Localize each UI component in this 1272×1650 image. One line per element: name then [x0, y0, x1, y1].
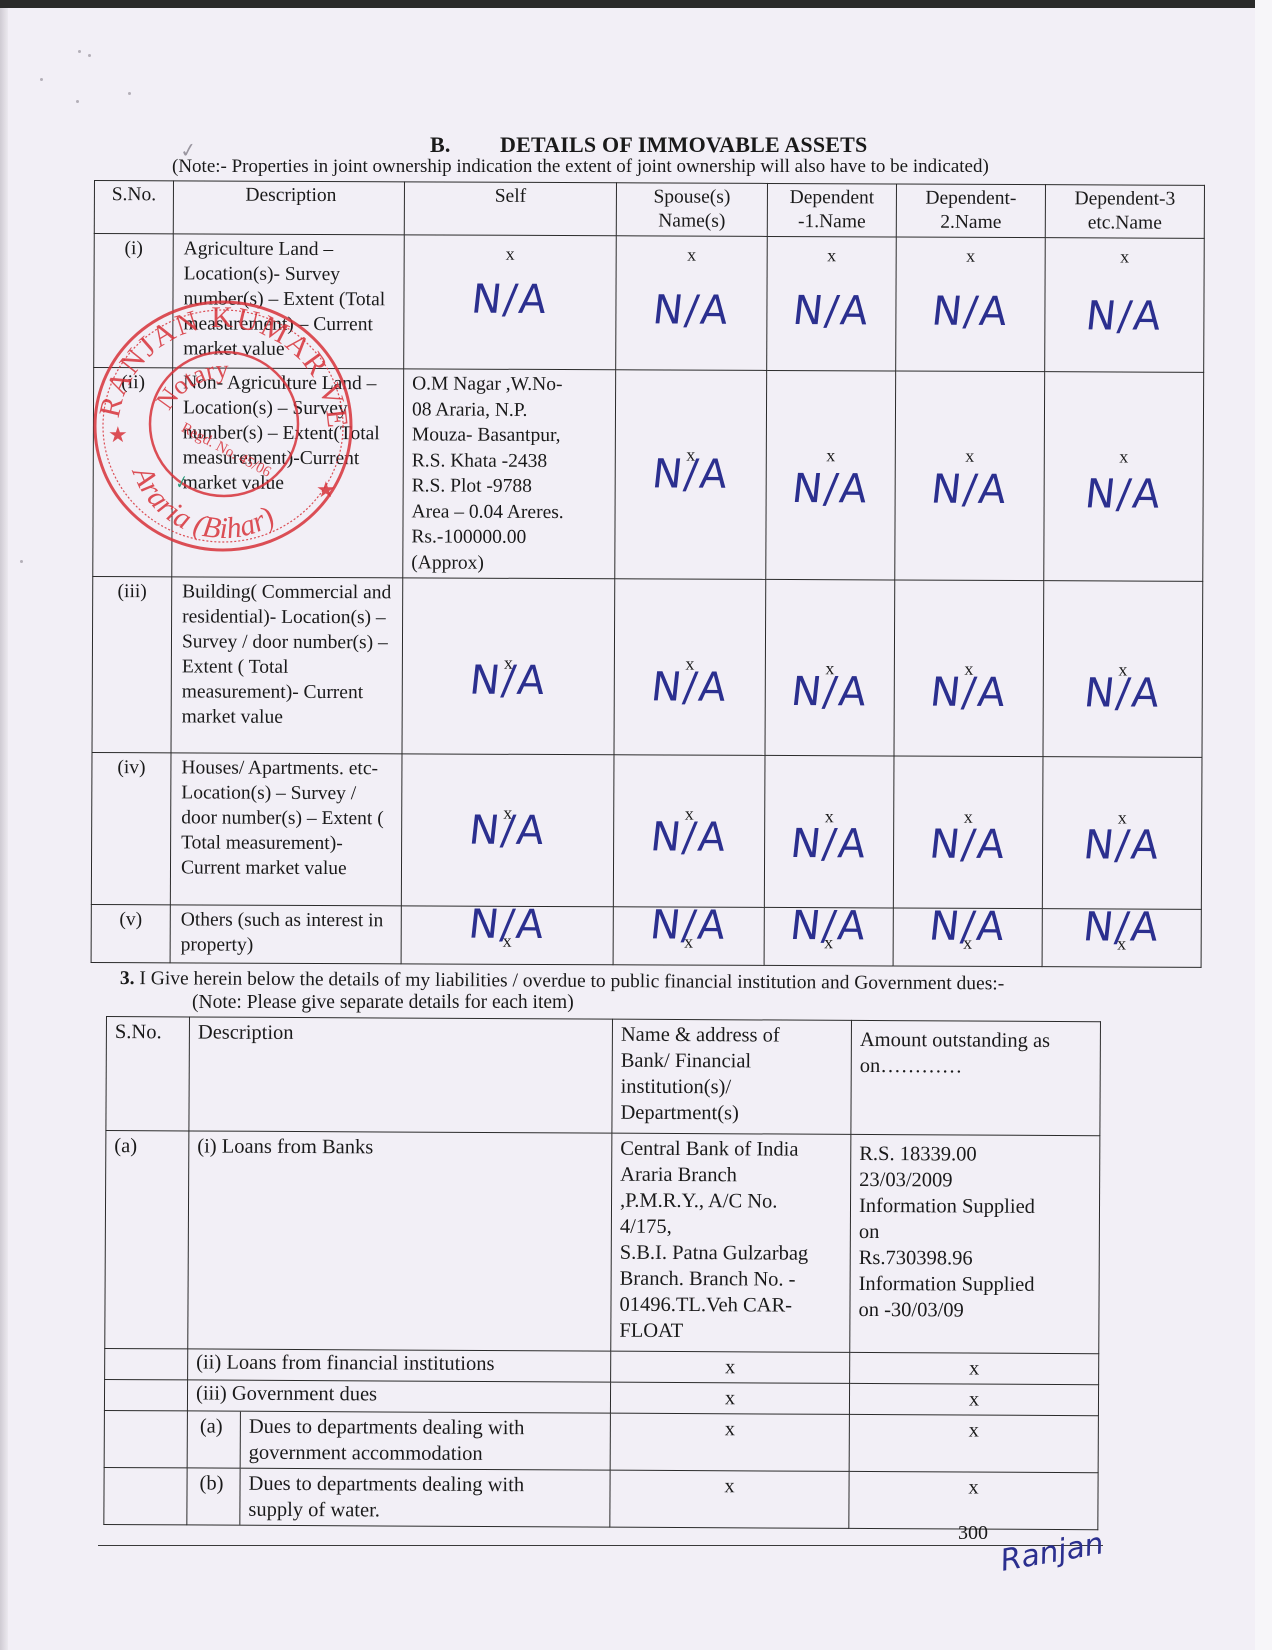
handwritten-na: N/A	[403, 287, 617, 313]
row-description: Houses/ Apartments. etc- Location(s) – S…	[170, 753, 402, 906]
dust-speck	[128, 92, 131, 95]
property-mouza: Mouza- Basantpur,	[412, 422, 607, 448]
cell-dependent-1: xN/A	[765, 579, 895, 756]
amount-date: 23/03/2009	[859, 1167, 1091, 1194]
bank-name: Central Bank of India	[620, 1136, 842, 1163]
handwritten-na: N/A	[401, 818, 615, 844]
sub-description: Dues to departments dealing with governm…	[241, 1412, 533, 1470]
cell-self: xN/A	[401, 906, 613, 965]
row-description: (ii) Loans from financial institutions	[188, 1349, 611, 1382]
row-sno	[104, 1467, 187, 1524]
handwritten-na: N/A	[401, 668, 615, 694]
scan-right-margin	[1255, 0, 1272, 1650]
x-mark: x	[897, 244, 1045, 270]
amount-note: Information Supplied	[859, 1271, 1091, 1298]
cell-dependent-3: xN/A	[1042, 909, 1201, 968]
row-description: Non- Agriculture Land – Location(s) – Su…	[172, 368, 404, 578]
header-dependent-2-line2: 2.Name	[940, 212, 1001, 233]
cell-dependent-3: xN/A	[1042, 757, 1202, 910]
table-row: (a) (i) Loans from Banks Central Bank of…	[105, 1131, 1100, 1354]
handwritten-na: N/A	[764, 832, 895, 858]
dust-speck	[40, 78, 43, 81]
scan-top-edge	[0, 0, 1272, 8]
bank-account: ,P.M.R.Y., A/C No.	[620, 1188, 842, 1215]
x-mark: x	[1045, 444, 1203, 470]
bank-loan-ref: 01496.TL.Veh CAR-	[619, 1292, 841, 1319]
row-description: (b) Dues to departments dealing with sup…	[187, 1468, 610, 1527]
header-bank-line: Name & address of	[621, 1022, 843, 1049]
sub-label: (b)	[187, 1468, 240, 1524]
cell-dependent-2: xN/A	[893, 908, 1042, 967]
cell-amount: x	[849, 1383, 1098, 1415]
handwritten-na: N/A	[766, 299, 897, 325]
header-description: Description	[173, 181, 404, 235]
handwritten-na: N/A	[1042, 833, 1203, 859]
table-row: (iv) Houses/ Apartments. etc- Location(s…	[91, 752, 1202, 909]
amount-note: Information Supplied	[859, 1193, 1091, 1220]
x-mark: x	[405, 241, 616, 267]
property-address-line: 08 Araria, N.P.	[412, 397, 607, 423]
table-row: (a) Dues to departments dealing with gov…	[104, 1410, 1098, 1472]
header-dependent-1-line2: -1.Name	[798, 211, 866, 232]
handwritten-na: N/A	[1043, 482, 1204, 508]
header-bank: Name & address of Bank/ Financial instit…	[612, 1019, 852, 1134]
header-spouse: Spouse(s)Name(s)	[616, 183, 767, 237]
amount-date: on -30/03/09	[858, 1297, 1090, 1324]
bank-name: S.B.I. Patna Gulzarbag	[620, 1240, 842, 1267]
cell-self: xN/A	[402, 578, 615, 755]
cell-bank: x	[610, 1413, 849, 1471]
dust-speck	[76, 100, 79, 103]
bank-loan-ref: FLOAT	[619, 1318, 841, 1345]
row-sno	[104, 1410, 187, 1467]
cell-dependent-1: xN/A	[764, 755, 894, 908]
x-mark: x	[767, 443, 895, 469]
cell-spouse: xN/A	[614, 579, 766, 756]
table-row: (b) Dues to departments dealing with sup…	[104, 1467, 1098, 1529]
liabilities-note: (Note: Please give separate details for …	[192, 992, 574, 1014]
handwritten-na: N/A	[613, 675, 766, 701]
header-bank-line: Department(s)	[620, 1100, 842, 1127]
row-description: (i) Loans from Banks	[188, 1131, 612, 1351]
handwritten-na: N/A	[893, 681, 1044, 707]
row-sno: (a)	[105, 1131, 189, 1349]
row-sno: (v)	[91, 904, 170, 962]
row-sno	[105, 1348, 188, 1379]
property-address-line: O.M Nagar ,W.No-	[412, 371, 607, 397]
sub-description-line: supply of water.	[248, 1497, 524, 1524]
row-sno: (i)	[94, 234, 174, 368]
table-row: (ii) Non- Agriculture Land – Location(s)…	[93, 368, 1204, 582]
liabilities-table: S.No. Description Name & address of Bank…	[103, 1016, 1101, 1530]
footer-divider	[98, 1545, 1103, 1546]
amount-value: R.S. 18339.00	[859, 1137, 1091, 1168]
cell-spouse: xN/A	[616, 236, 768, 371]
section-label: B.	[430, 132, 500, 158]
row-description: Agriculture Land – Location(s)- Survey n…	[173, 234, 405, 369]
sub-description: Dues to departments dealing with supply …	[240, 1469, 532, 1527]
sub-description-line: Dues to departments dealing with	[249, 1414, 525, 1441]
row-sno: (ii)	[93, 368, 173, 577]
header-dependent-3: Dependent-3etc.Name	[1045, 185, 1204, 239]
header-spouse-line1: Spouse(s)	[653, 186, 730, 207]
handwritten-na: N/A	[893, 833, 1044, 859]
cell-dependent-1: xN/A	[767, 236, 897, 371]
cell-bank: x	[610, 1382, 849, 1414]
handwritten-na: N/A	[764, 680, 895, 706]
section-note: (Note:- Properties in joint ownership in…	[172, 156, 989, 178]
header-dependent-3-line2: etc.Name	[1088, 212, 1162, 233]
handwritten-na: N/A	[612, 913, 765, 939]
dust-speck	[88, 54, 91, 57]
header-bank-line: Bank/ Financial	[621, 1048, 843, 1075]
handwritten-na: N/A	[1044, 304, 1205, 330]
handwritten-na: N/A	[615, 298, 768, 324]
scan-left-edge	[0, 8, 8, 1650]
row-description: (iii) Government dues	[187, 1380, 610, 1413]
cell-amount: x	[849, 1471, 1098, 1529]
cell-bank: x	[611, 1351, 850, 1383]
cell-spouse: xN/A	[613, 755, 765, 908]
table-header-row: S.No. Description Self Spouse(s)Name(s) …	[94, 181, 1204, 239]
section-number: 3.	[120, 968, 135, 989]
x-mark: x	[896, 444, 1044, 470]
section-heading: DETAILS OF IMMOVABLE ASSETS	[500, 132, 868, 157]
amount-note: on	[859, 1219, 1091, 1246]
cell-dependent-2: xN/A	[893, 756, 1043, 909]
section-title: B.DETAILS OF IMMOVABLE ASSETS	[430, 132, 868, 158]
bank-branch: Branch. Branch No. -	[620, 1266, 842, 1293]
cell-dependent-1: xN/A	[766, 370, 896, 580]
table-row: (v) Others (such as interest in property…	[91, 904, 1201, 967]
cell-amount: x	[850, 1352, 1099, 1384]
x-mark: x	[768, 243, 896, 269]
property-area: Area – 0.04 Areres.	[412, 499, 607, 525]
row-description: Building( Commercial and residential)- L…	[171, 577, 403, 754]
property-value: Rs.-100000.00	[411, 524, 606, 550]
row-sno: (iii)	[92, 576, 172, 752]
handwritten-na: N/A	[892, 915, 1043, 941]
header-dependent-2-line1: Dependent-	[925, 188, 1016, 209]
row-description: (a) Dues to departments dealing with gov…	[187, 1411, 610, 1470]
row-description: Others (such as interest in property)	[170, 905, 401, 964]
handwritten-na: N/A	[614, 462, 767, 488]
x-mark: x	[1046, 244, 1204, 270]
cell-dependent-3: xN/A	[1043, 581, 1203, 758]
header-sno: S.No.	[106, 1017, 190, 1131]
handwritten-na: N/A	[1041, 915, 1202, 941]
table-row: (i) Agriculture Land – Location(s)- Surv…	[94, 234, 1205, 373]
cell-dependent-3: xN/A	[1045, 238, 1205, 373]
header-amount: Amount outstanding as on…………	[851, 1020, 1101, 1135]
sub-description-line: government accommodation	[249, 1440, 525, 1467]
row-sno: (iv)	[91, 752, 171, 904]
property-value-note: (Approx)	[411, 550, 606, 576]
sub-description-line: Dues to departments dealing with	[248, 1471, 524, 1498]
x-mark: x	[617, 242, 767, 268]
page-number: 300	[958, 1522, 988, 1545]
cell-self-property-details: O.M Nagar ,W.No- 08 Araria, N.P. Mouza- …	[403, 369, 616, 579]
header-bank-line: institution(s)/	[621, 1074, 843, 1101]
header-self: Self	[404, 182, 616, 236]
row-sno	[104, 1379, 187, 1410]
liabilities-intro-text: I Give herein below the details of my li…	[139, 968, 1004, 994]
handwritten-na: N/A	[765, 477, 896, 503]
header-amount-line: on…………	[860, 1053, 1092, 1080]
signature: Ranjan	[998, 1526, 1106, 1579]
immovable-assets-table: S.No. Description Self Spouse(s)Name(s) …	[91, 180, 1205, 968]
handwritten-na: N/A	[613, 825, 766, 851]
amount-value: Rs.730398.96	[859, 1245, 1091, 1272]
table-header-row: S.No. Description Name & address of Bank…	[106, 1017, 1101, 1136]
cell-spouse: xN/A	[613, 907, 764, 966]
header-description: Description	[189, 1017, 613, 1133]
sub-label: (a)	[188, 1411, 241, 1467]
header-dependent-2: Dependent-2.Name	[896, 184, 1045, 238]
header-spouse-line2: Name(s)	[658, 210, 725, 231]
handwritten-na: N/A	[763, 914, 894, 940]
property-plot: R.S. Plot -9788	[412, 473, 607, 499]
table-row: (iii) Government dues x x	[104, 1379, 1098, 1415]
cell-dependent-2: xN/A	[895, 371, 1045, 581]
cell-self: xN/A	[404, 235, 617, 370]
cell-spouse: xN/A	[615, 370, 767, 580]
dust-speck	[78, 50, 81, 53]
cell-self: xN/A	[401, 754, 614, 907]
cell-amount-outstanding: R.S. 18339.00 23/03/2009 Information Sup…	[850, 1134, 1100, 1353]
cell-dependent-3: xN/A	[1044, 372, 1204, 582]
header-sno: S.No.	[94, 181, 173, 234]
cell-amount: x	[849, 1414, 1098, 1472]
cell-bank: x	[610, 1470, 849, 1528]
header-dependent-1: Dependent-1.Name	[767, 183, 896, 237]
handwritten-na: N/A	[400, 912, 614, 938]
header-dependent-3-line1: Dependent-3	[1075, 188, 1176, 209]
header-dependent-1-line1: Dependent	[790, 187, 875, 208]
handwritten-na: N/A	[894, 478, 1045, 504]
table-row: (iii) Building( Commercial and residenti…	[92, 576, 1203, 757]
cell-dependent-1: xN/A	[764, 907, 893, 966]
property-khata: R.S. Khata -2438	[412, 448, 607, 474]
bank-account: 4/175,	[620, 1214, 842, 1241]
table-row: (ii) Loans from financial institutions x…	[105, 1348, 1099, 1384]
cell-dependent-2: xN/A	[894, 580, 1044, 757]
dust-speck	[20, 560, 23, 563]
header-amount-line: Amount outstanding as	[860, 1023, 1092, 1054]
cell-bank-details: Central Bank of India Araria Branch ,P.M…	[611, 1133, 851, 1352]
handwritten-na: N/A	[1042, 681, 1203, 707]
bank-branch: Araria Branch	[620, 1162, 842, 1189]
cell-dependent-2: xN/A	[896, 237, 1046, 372]
handwritten-na: N/A	[895, 300, 1046, 326]
